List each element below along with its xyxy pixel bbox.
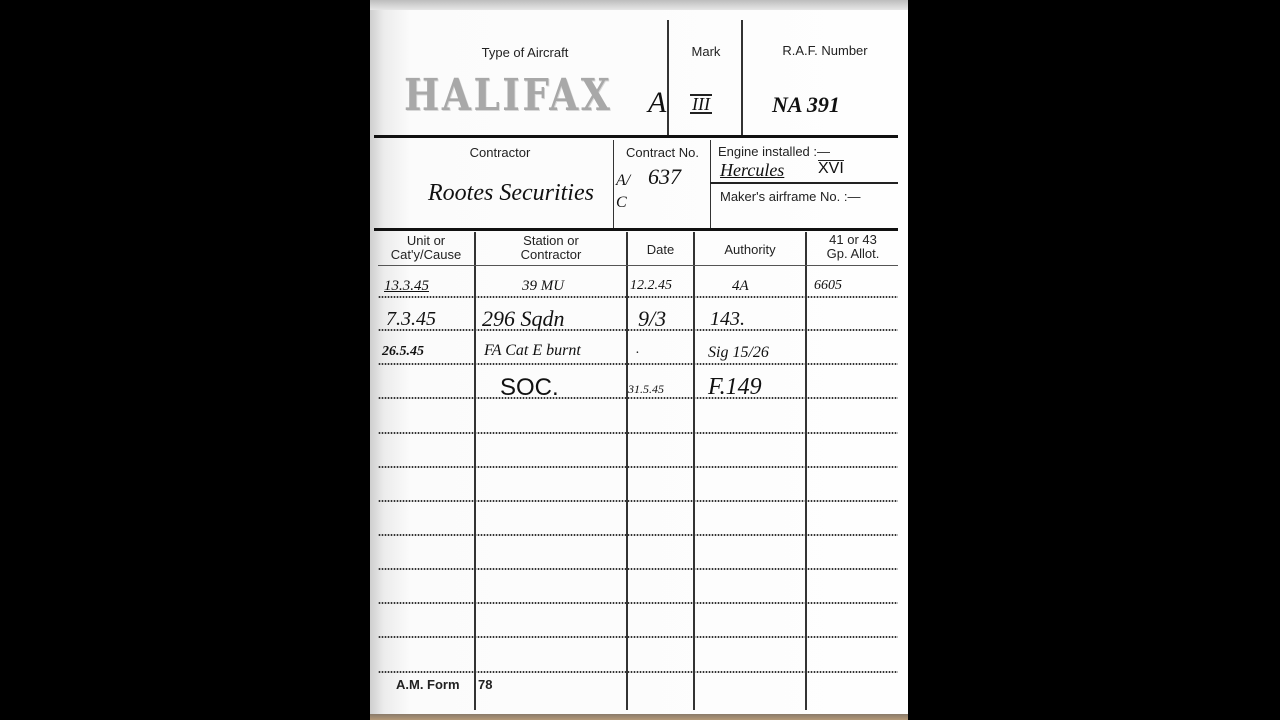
- form-label: A.M. Form: [396, 678, 460, 692]
- mark-label: Mark: [670, 45, 742, 59]
- contractor-label: Contractor: [430, 146, 570, 160]
- table-header-rule: [378, 265, 898, 266]
- row-date: 31.5.45: [628, 382, 664, 397]
- row-unit: 7.3.45: [386, 308, 436, 331]
- mark-prefix: A: [648, 86, 666, 120]
- contract-rule: [374, 228, 898, 231]
- row-rule: [378, 602, 898, 604]
- table-col-divider-2: [626, 232, 628, 710]
- form-number: 78: [478, 678, 492, 692]
- row-date: .: [636, 342, 640, 358]
- contract-divider-2: [710, 140, 711, 230]
- row-rule: [378, 500, 898, 502]
- row-rule: [378, 329, 898, 331]
- row-authority: Sig 15/26: [708, 344, 769, 362]
- table-col-divider-3: [693, 232, 695, 710]
- contract-no-prefix: A/C: [616, 170, 636, 214]
- contract-divider-1: [613, 140, 614, 230]
- header-rule: [374, 135, 898, 138]
- raf-number-label: R.A.F. Number: [750, 44, 900, 58]
- row-rule: [378, 296, 898, 298]
- scan-top-edge: [370, 0, 908, 10]
- row-rule: [378, 636, 898, 638]
- engine-value: Hercules: [720, 160, 784, 181]
- scan-bottom-edge: [370, 714, 908, 720]
- col-header-allot: 41 or 43 Gp. Allot.: [807, 233, 899, 261]
- row-unit: 26.5.45: [382, 344, 424, 360]
- aircraft-record-card: Type of Aircraft HALIFAX A Mark III R.A.…: [370, 0, 908, 720]
- col-header-date: Date: [628, 243, 693, 257]
- type-of-aircraft-label: Type of Aircraft: [450, 46, 600, 60]
- row-authority: 4A: [732, 278, 749, 295]
- row-rule: [378, 568, 898, 570]
- engine-mark: XVI: [818, 160, 844, 176]
- row-station: 39 MU: [522, 278, 564, 295]
- row-unit: 13.3.45: [384, 278, 429, 295]
- engine-installed-label: Engine installed :—: [718, 145, 830, 159]
- row-rule: [378, 397, 898, 399]
- aircraft-type-stamp: HALIFAX: [404, 70, 612, 121]
- contract-no-value: 637: [648, 164, 681, 190]
- contractor-value: Rootes Securities: [428, 180, 594, 207]
- row-rule: [378, 534, 898, 536]
- row-station: FA Cat E burnt: [484, 342, 581, 360]
- row-rule: [378, 432, 898, 434]
- col-header-station: Station or Contractor: [476, 234, 626, 262]
- row-rule: [378, 363, 898, 365]
- header-divider-1: [667, 20, 669, 136]
- row-date: 12.2.45: [630, 278, 672, 294]
- table-col-divider-1: [474, 232, 476, 710]
- airframe-label: Maker's airframe No. :—: [720, 190, 860, 204]
- row-rule: [378, 671, 898, 673]
- contract-no-label: Contract No.: [615, 146, 710, 160]
- row-allot: 6605: [814, 278, 842, 294]
- raf-number-value: NA 391: [772, 92, 840, 118]
- col-header-unit: Unit or Cat'y/Cause: [378, 234, 474, 262]
- row-authority: 143.: [710, 308, 745, 331]
- header-divider-2: [741, 20, 743, 136]
- col-header-authority: Authority: [695, 243, 805, 257]
- engine-rule: [710, 182, 898, 184]
- row-rule: [378, 466, 898, 468]
- mark-value: III: [690, 94, 712, 114]
- table-col-divider-4: [805, 232, 807, 710]
